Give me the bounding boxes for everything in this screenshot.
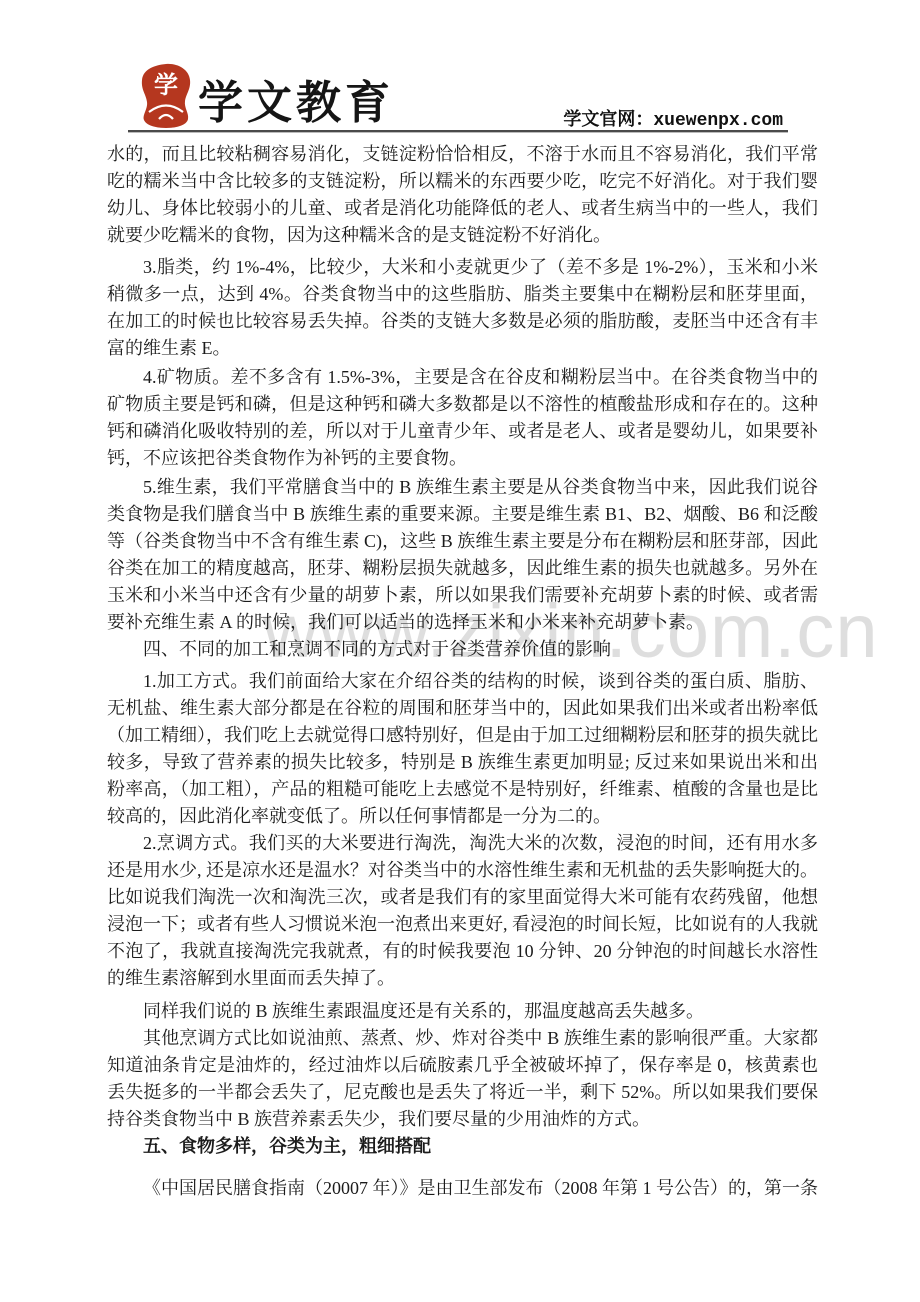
paragraph-vitamins: 5.维生素，我们平常膳食当中的 B 族维生素主要是从谷类食物当中来，因此我们说谷… (107, 474, 818, 636)
paragraph-cooking-method: 2.烹调方式。我们买的大米要进行淘洗，淘洗大米的次数，浸泡的时间，还有用水多还是… (107, 830, 818, 992)
brand-seal-icon: 学 (139, 63, 193, 129)
document-content: 水的，而且比较粘稠容易消化，支链淀粉恰恰相反，不溶于水而且不容易消化，我们平常吃… (107, 141, 818, 1202)
page-header: 学 学文教育 学文官网：xuewenpx.com (0, 0, 920, 140)
header-divider (128, 130, 788, 133)
paragraph-starch-continuation: 水的，而且比较粘稠容易消化，支链淀粉恰恰相反，不溶于水而且不容易消化，我们平常吃… (107, 141, 818, 249)
paragraph-minerals: 4.矿物质。差不多含有 1.5%-3%，主要是含在谷皮和糊粉层当中。在谷类食物当… (107, 364, 818, 472)
site-url-label: 学文官网：xuewenpx.com (563, 105, 783, 131)
paragraph-other-cooking: 其他烹调方式比如说油煎、蒸煮、炒、炸对谷类中 B 族维生素的影响很严重。大家都知… (107, 1025, 818, 1133)
paragraph-processing-method: 1.加工方式。我们前面给大家在介绍谷类的结构的时候，谈到谷类的蛋白质、脂肪、无机… (107, 668, 818, 830)
heading-section-five: 五、食物多样，谷类为主，粗细搭配 (107, 1133, 818, 1160)
paragraph-dietary-guideline: 《中国居民膳食指南（20007 年）》是由卫生部发布（2008 年第 1 号公告… (107, 1175, 818, 1202)
paragraph-temperature: 同样我们说的 B 族维生素跟温度还是有关系的，那温度越高丢失越多。 (107, 998, 818, 1025)
seal-character: 学 (154, 72, 178, 99)
document-page: 学 学文教育 学文官网：xuewenpx.com www.zixin.com.c… (0, 0, 920, 1302)
paragraph-lipids: 3.脂类，约 1%-4%，比较少，大米和小麦就更少了（差不多是 1%-2%），玉… (107, 254, 818, 362)
brand-name: 学文教育 (198, 66, 394, 131)
heading-section-four: 四、不同的加工和烹调不同的方式对于谷类营养价值的影响 (107, 636, 818, 663)
